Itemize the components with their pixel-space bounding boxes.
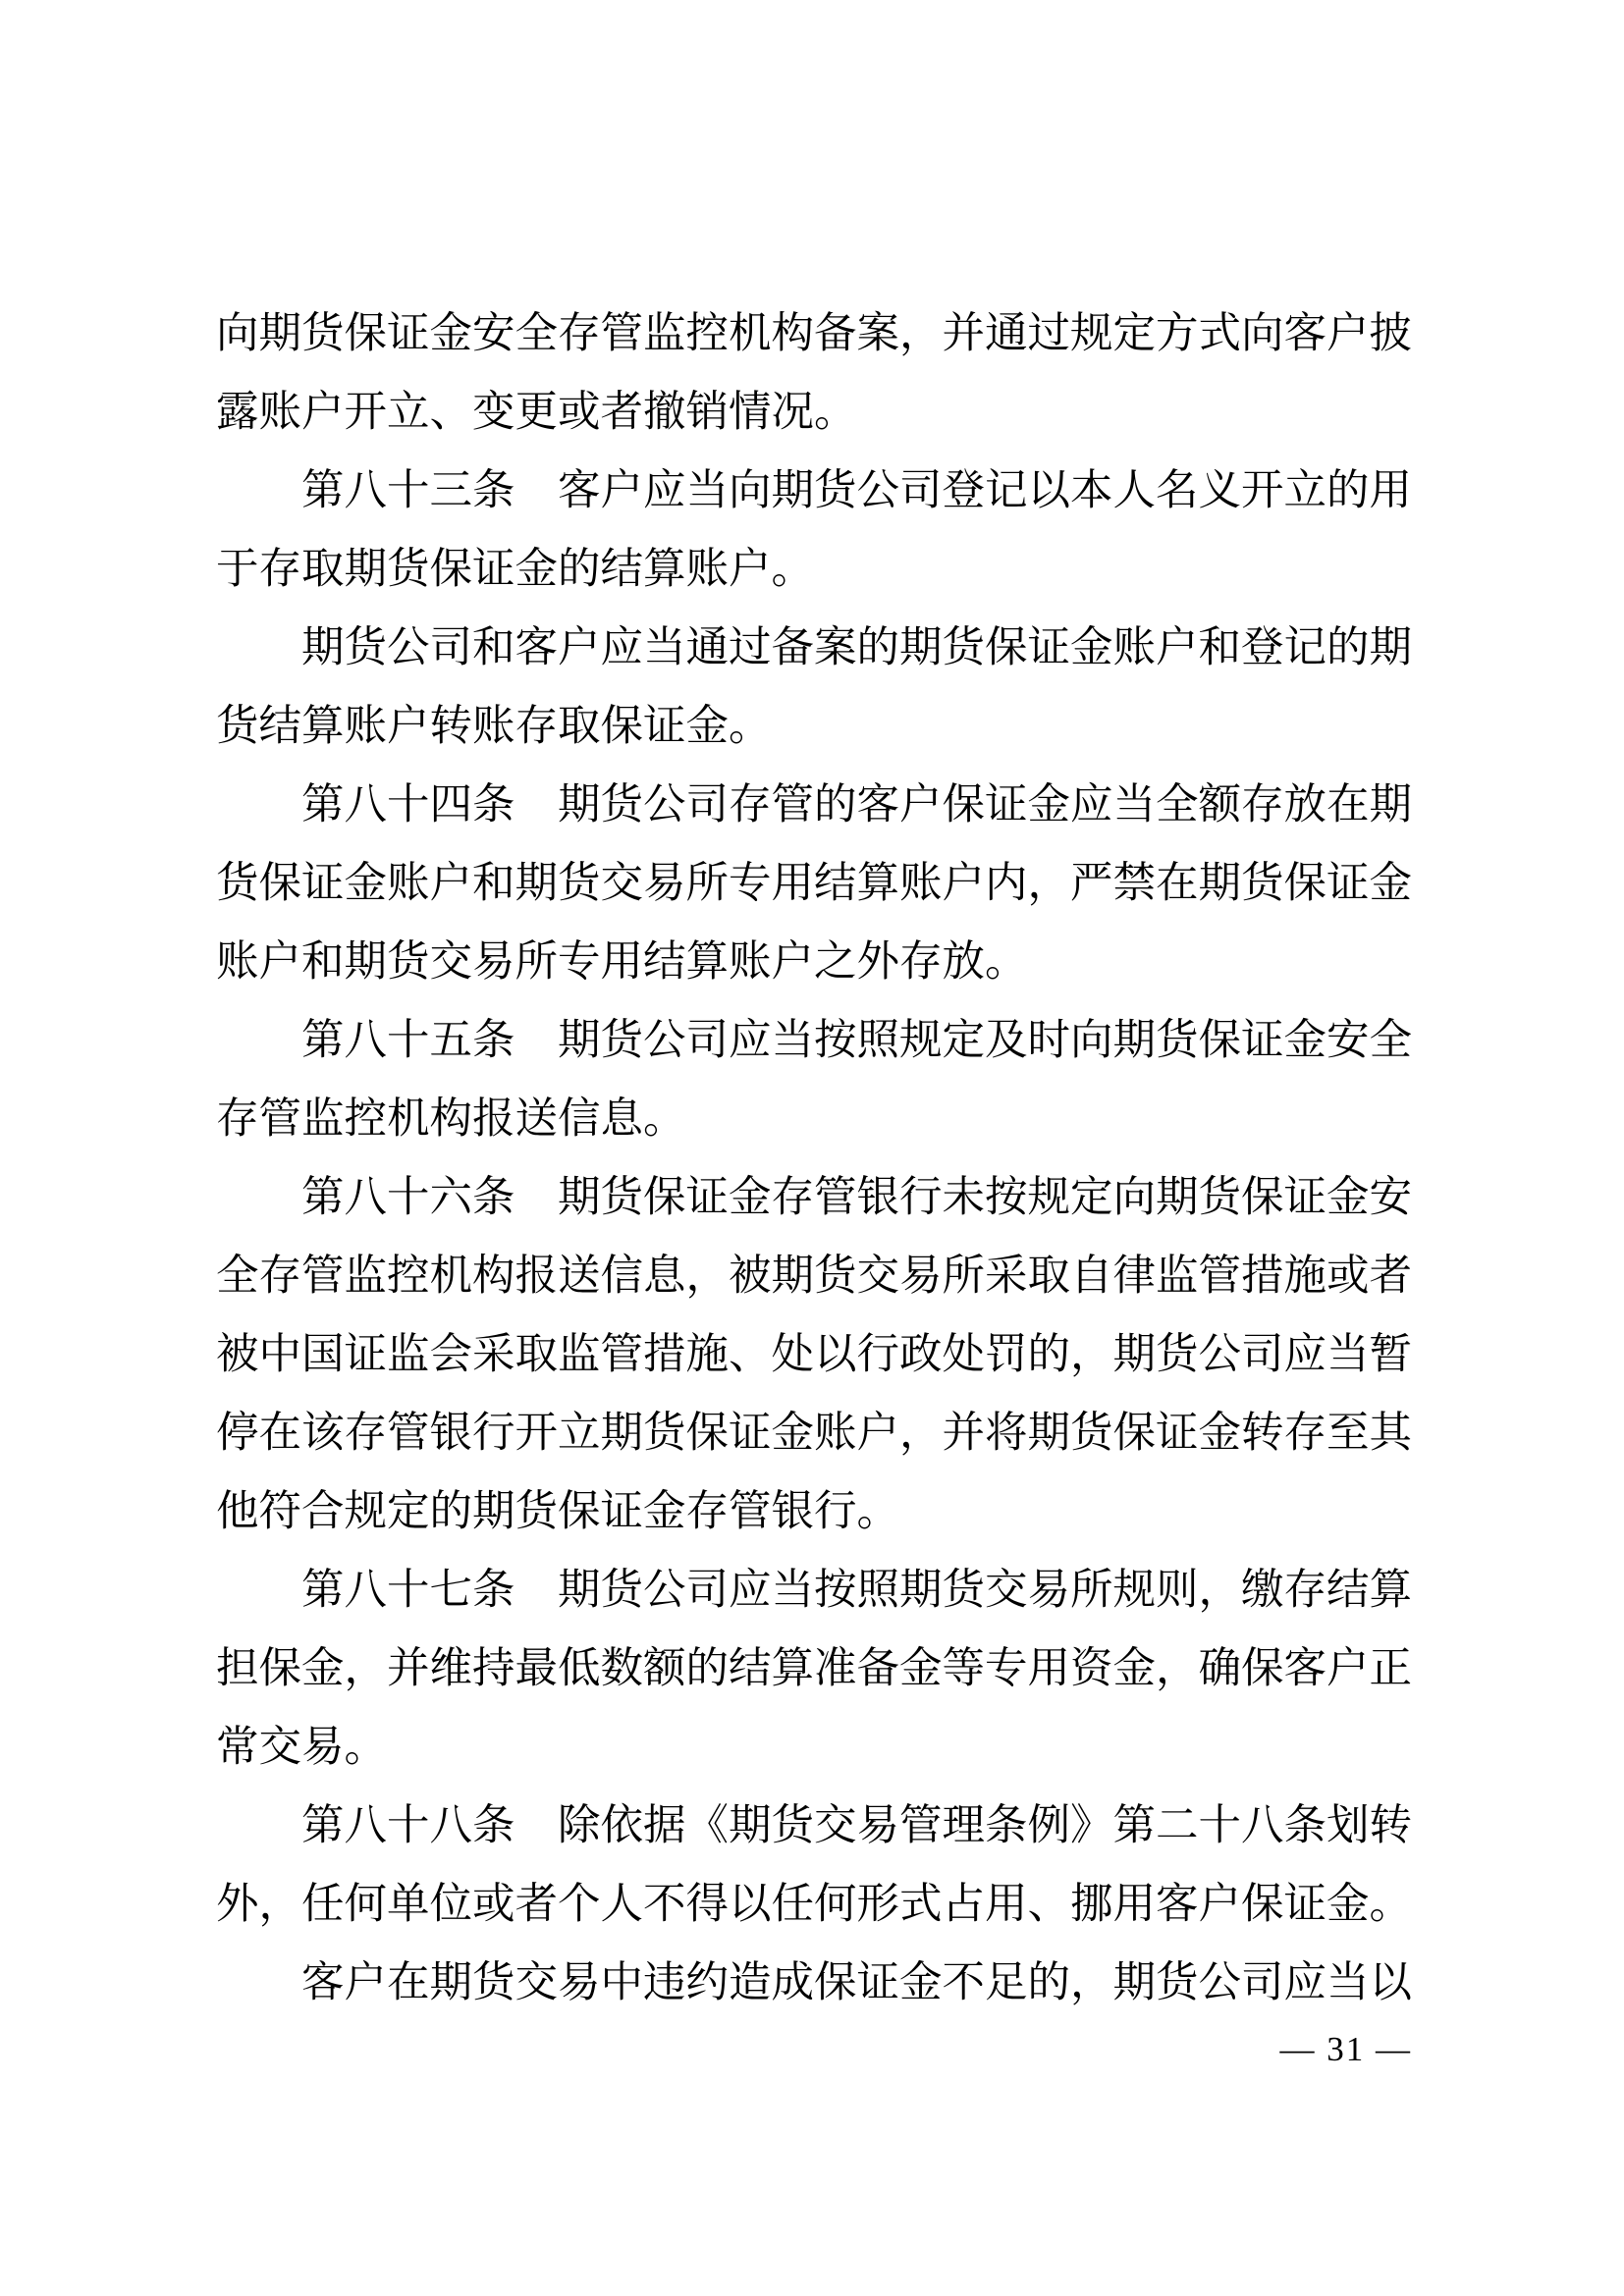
document-line: 于存取期货保证金的结算账户。: [216, 530, 1412, 609]
document-line-article-86: 第八十六条 期货保证金存管银行未按规定向期货保证金安: [216, 1158, 1412, 1237]
document-line-article-84: 第八十四条 期货公司存管的客户保证金应当全额存放在期: [216, 766, 1412, 844]
document-line: 外，任何单位或者个人不得以任何形式占用、挪用客户保证金。: [216, 1865, 1412, 1944]
document-line-article-87: 第八十七条 期货公司应当按照期货交易所规则，缴存结算: [216, 1551, 1412, 1629]
document-line: 账户和期货交易所专用结算账户之外存放。: [216, 923, 1412, 1001]
document-body: 向期货保证金安全存管监控机构备案，并通过规定方式向客户披 露账户开立、变更或者撤…: [216, 294, 1412, 2022]
document-line: 担保金，并维持最低数额的结算准备金等专用资金，确保客户正: [216, 1629, 1412, 1708]
document-line: 存管监控机构报送信息。: [216, 1080, 1412, 1158]
document-line: 期货公司和客户应当通过备案的期货保证金账户和登记的期: [216, 609, 1412, 687]
document-line: 客户在期货交易中违约造成保证金不足的，期货公司应当以: [216, 1944, 1412, 2022]
page-number: — 31 —: [216, 2028, 1412, 2071]
document-line-article-88: 第八十八条 除依据《期货交易管理条例》第二十八条划转: [216, 1787, 1412, 1865]
document-line: 被中国证监会采取监管措施、处以行政处罚的，期货公司应当暂: [216, 1315, 1412, 1394]
document-line: 停在该存管银行开立期货保证金账户，并将期货保证金转存至其: [216, 1394, 1412, 1472]
document-line-article-85: 第八十五条 期货公司应当按照规定及时向期货保证金安全: [216, 1001, 1412, 1080]
document-line-article-83: 第八十三条 客户应当向期货公司登记以本人名义开立的用: [216, 452, 1412, 530]
document-page: 向期货保证金安全存管监控机构备案，并通过规定方式向客户披 露账户开立、变更或者撤…: [0, 0, 1624, 2296]
document-line: 全存管监控机构报送信息，被期货交易所采取自律监管措施或者: [216, 1237, 1412, 1315]
document-line: 他符合规定的期货保证金存管银行。: [216, 1472, 1412, 1551]
document-line: 货结算账户转账存取保证金。: [216, 687, 1412, 766]
document-line: 货保证金账户和期货交易所专用结算账户内，严禁在期货保证金: [216, 844, 1412, 923]
document-line: 露账户开立、变更或者撤销情况。: [216, 373, 1412, 452]
document-line: 常交易。: [216, 1708, 1412, 1787]
document-line: 向期货保证金安全存管监控机构备案，并通过规定方式向客户披: [216, 294, 1412, 373]
